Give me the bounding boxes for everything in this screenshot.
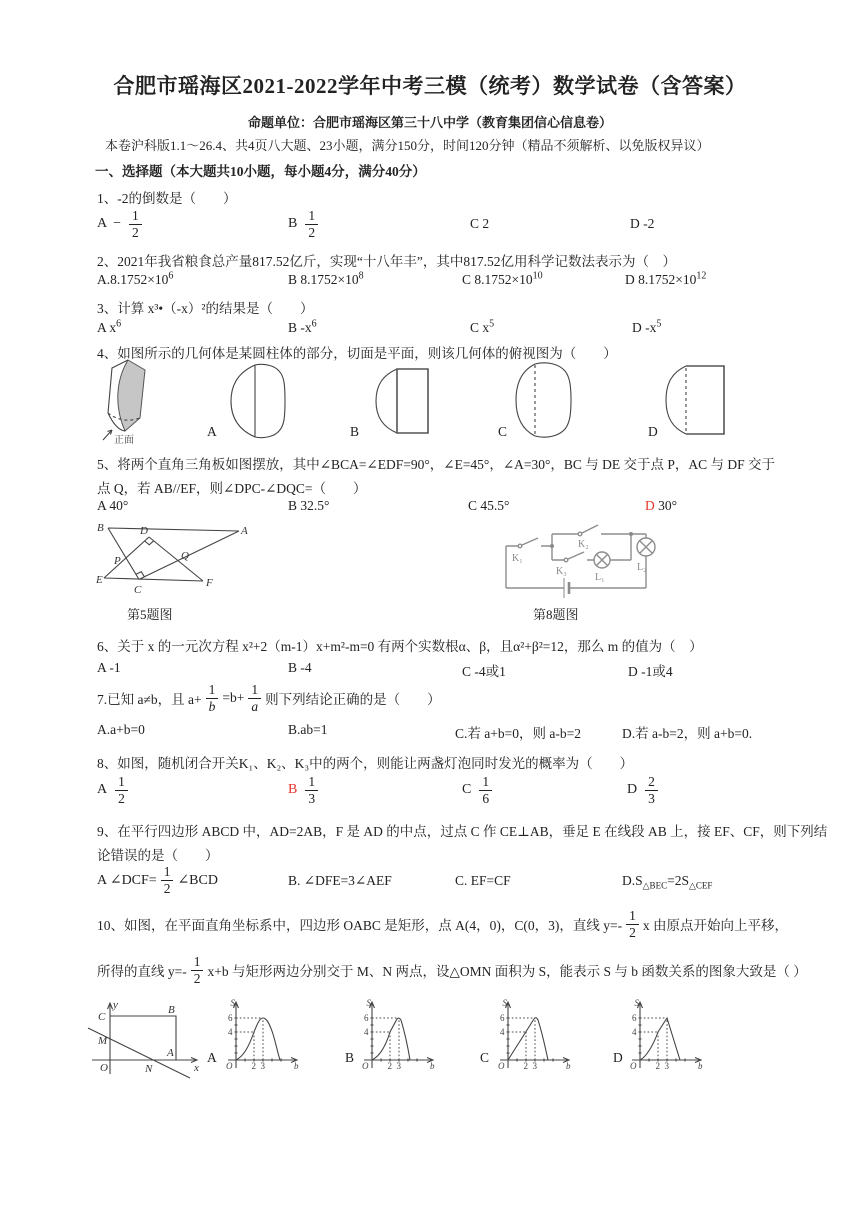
label-l1: L₁ [595, 572, 605, 583]
q10-coordinate-figure: y x O C B M A N [86, 998, 201, 1078]
curve [508, 1018, 548, 1060]
minus-sign: − [113, 216, 121, 232]
q4-view-a [227, 362, 287, 440]
q6-option-c: C -4或1 [462, 660, 506, 680]
q5-option-c: C 45.5° [468, 498, 509, 514]
q7-option-c: C.若 a+b=0，则 a-b=2 [455, 722, 581, 742]
q4-figure-label-b: B [350, 424, 359, 440]
q4-figure-label-a: A [207, 424, 217, 440]
q6-option-d: D -1或4 [628, 660, 673, 680]
q8-option-d: D 23 [627, 768, 660, 812]
q9-stem-line1: 9、在平行四边形 ABCD 中，AD=2AB，F 是 AD 的中点，过点 C 作… [97, 820, 827, 840]
q6-stem: 6、关于 x 的一元次方程 x²+2（m-1）x+m²-m=0 有两个实数根α、… [97, 635, 703, 655]
q10-graph-label-c: C [480, 1050, 489, 1066]
q8-stem: 8、如图，随机闭合开关K₁、K₂、K₃中的两个，则能让两盏灯泡同时发光的概率为（… [97, 752, 633, 772]
fraction: 12 [191, 954, 204, 985]
svg-text:O: O [226, 1061, 233, 1071]
label-k1: K₁ [512, 553, 523, 564]
q10-graph-label-d: D [613, 1050, 623, 1066]
q8-option-c: C 16 [462, 768, 494, 812]
svg-text:b: b [294, 1061, 299, 1071]
fraction: 16 [479, 774, 492, 805]
svg-text:O: O [498, 1061, 505, 1071]
label-k3: K₃ [556, 566, 567, 577]
point-label-Q: Q [181, 550, 189, 562]
svg-text:S: S [503, 998, 508, 1008]
q10-graph-a: S b O 6 4 2 3 [224, 998, 300, 1074]
q4-solid-figure: 正面 [98, 358, 150, 446]
q8-option-b: B 13 [288, 768, 320, 812]
svg-text:4: 4 [364, 1027, 369, 1037]
svg-text:3: 3 [533, 1061, 538, 1071]
axes [500, 1002, 569, 1068]
svg-text:6: 6 [500, 1013, 505, 1023]
guides [372, 1018, 399, 1060]
q9-option-c: C. EF=CF [455, 873, 511, 889]
fraction: 12 [115, 774, 128, 805]
label-N: N [144, 1063, 153, 1075]
q2-option-a: A.8.1752×106 [97, 272, 173, 288]
section-heading: 一、选择题（本大题共10小题，每小题4分，满分40分） [95, 160, 426, 180]
svg-text:b: b [566, 1061, 571, 1071]
q4-figure-label-c: C [498, 424, 507, 440]
q5-option-b: B 32.5° [288, 498, 329, 514]
switch-k3-lever [568, 552, 584, 559]
option-label: C [462, 782, 471, 798]
q4-figure-label-d: D [648, 424, 658, 440]
point-label-B: B [97, 522, 104, 534]
point-label-P: P [113, 555, 121, 567]
q3-stem: 3、计算 x³•（-x）²的结果是（ ） [97, 297, 313, 317]
q10-graph-label-b: B [345, 1050, 354, 1066]
svg-text:S: S [367, 998, 372, 1008]
svg-text:O: O [630, 1061, 637, 1071]
q4-view-c [513, 361, 573, 439]
label-M: M [97, 1035, 108, 1047]
point-label-E: E [95, 574, 103, 586]
point-label-F: F [205, 577, 213, 589]
svg-text:2: 2 [656, 1061, 661, 1071]
svg-text:2: 2 [524, 1061, 529, 1071]
svg-text:S: S [231, 998, 236, 1008]
q5-triangle-figure: B A D P Q E C F [96, 519, 248, 599]
label-origin: O [100, 1062, 108, 1074]
svg-text:S: S [635, 998, 640, 1008]
svg-text:2: 2 [388, 1061, 393, 1071]
fraction: 12 [626, 908, 639, 939]
label-B: B [168, 1004, 175, 1016]
q4-view-d [662, 363, 728, 437]
option-label: B [288, 216, 297, 232]
curve [372, 1018, 410, 1060]
q4-view-b [373, 366, 431, 436]
answer-letter-highlight: B [288, 782, 297, 798]
q8-circuit-figure: K₁ K₂ K₃ L₁ L₂ [498, 514, 666, 602]
front-label: 正面 [114, 434, 134, 446]
q6-option-b: B -4 [288, 660, 312, 676]
q1-option-c: C 2 [470, 216, 489, 232]
label-A: A [166, 1047, 174, 1059]
q10-graph-d: S b O 6 4 2 3 [628, 998, 704, 1074]
answer-letter-highlight: D [645, 498, 655, 513]
switch-k1-lever [522, 538, 538, 545]
option-label: D [627, 782, 637, 798]
q5-stem-line1: 5、将两个直角三角板如图摆放，其中∠BCA=∠EDF=90°，∠E=45°，∠A… [97, 453, 775, 473]
svg-text:3: 3 [397, 1061, 402, 1071]
svg-text:6: 6 [364, 1013, 369, 1023]
q5-option-d: D 30° [645, 498, 677, 514]
label-y-axis: y [112, 999, 118, 1011]
switch-k2-terminal [578, 532, 582, 536]
svg-text:4: 4 [632, 1027, 637, 1037]
q10-graph-b: S b O 6 4 2 3 [360, 998, 436, 1074]
switch-k2-lever [582, 525, 598, 533]
exam-unit-line: 命题单位：合肥市瑶海区第三十八中学（教育集团信心信息卷） [0, 112, 860, 131]
q6-option-a: A -1 [97, 660, 121, 676]
point-label-D: D [139, 525, 148, 537]
guides [236, 1018, 263, 1060]
fraction: 13 [305, 774, 318, 805]
option-label: A [97, 782, 107, 798]
q10-graph-c: S b O 6 4 2 3 [496, 998, 572, 1074]
exam-info-line: 本卷沪科版1.1～26.4、共4页八大题、23小题，满分150分，时间120分钟… [105, 135, 710, 154]
ticks [507, 1018, 554, 1062]
q2-stem: 2、2021年我省粮食总产量817.52亿斤，实现“十八年丰”，其中817.52… [97, 250, 676, 270]
q8-option-a: A 12 [97, 768, 130, 812]
svg-text:4: 4 [228, 1027, 233, 1037]
label-l2: L₂ [637, 562, 647, 573]
q10-graph-label-a: A [207, 1050, 217, 1066]
svg-text:6: 6 [632, 1013, 637, 1023]
label-x-axis: x [193, 1062, 199, 1074]
q1-option-a: A − 12 [97, 202, 144, 246]
q9-option-b: B. ∠DFE=3∠AEF [288, 873, 392, 889]
point-label-C: C [134, 584, 142, 596]
q5-figure-caption: 第5题图 [127, 604, 173, 623]
svg-text:3: 3 [665, 1061, 670, 1071]
q3-option-b: B -x6 [288, 320, 317, 336]
junction-dot [550, 544, 554, 548]
svg-text:O: O [362, 1061, 369, 1071]
q7-option-b: B.ab=1 [288, 722, 328, 738]
q7-option-d: D.若 a-b=2，则 a+b=0. [622, 722, 752, 742]
fraction: 12 [305, 208, 318, 239]
front-arrow [103, 430, 112, 440]
svg-text:b: b [698, 1061, 703, 1071]
q2-option-c: C 8.1752×1010 [462, 272, 543, 288]
q1-option-b: B 12 [288, 202, 320, 246]
svg-text:3: 3 [261, 1061, 266, 1071]
q8-figure-caption: 第8题图 [533, 604, 579, 623]
q5-option-a: A 40° [97, 498, 128, 514]
svg-text:b: b [430, 1061, 435, 1071]
q1-option-d: D -2 [630, 216, 654, 232]
q9-option-a: A ∠DCF= 12 ∠BCD [97, 858, 218, 902]
q10-stem-line2: 所得的直线 y=- 12 x+b 与矩形两边分别交于 M、N 两点，设△OMN … [97, 947, 807, 993]
q10-stem-line1: 10、如图，在平面直角坐标系中，四边形 OABC 是矩形，点 A(4，0)，C(… [97, 901, 788, 947]
curve [236, 1018, 280, 1060]
svg-text:2: 2 [252, 1061, 257, 1071]
option-label: A [97, 216, 107, 232]
q2-option-d: D 8.1752×1012 [625, 272, 706, 288]
fraction: 1b [206, 682, 219, 713]
curve [640, 1018, 680, 1060]
fraction: 12 [161, 864, 174, 895]
fraction: 12 [129, 208, 142, 239]
q3-option-d: D -x5 [632, 320, 661, 336]
svg-text:4: 4 [500, 1027, 505, 1037]
q5-stem-line2: 点 Q，若 AB//EF，则∠DPC-∠DQC=（ ） [97, 477, 367, 497]
triangle-lines [104, 528, 239, 581]
q7-stem: 7.已知 a≠b，且 a+ 1b =b+ 1a 则下列结论正确的是（ ） [97, 678, 441, 718]
q9-option-d: D.S△BEC=2S△CEF [622, 873, 712, 889]
q4-stem: 4、如图所示的几何体是某圆柱体的部分，切面是平面，则该几何体的俯视图为（ ） [97, 342, 617, 362]
junction-dot [629, 532, 633, 536]
q7-option-a: A.a+b=0 [97, 722, 145, 738]
fraction: 1a [248, 682, 261, 713]
fraction: 23 [645, 774, 658, 805]
page-title: 合肥市瑶海区2021-2022学年中考三模（统考）数学试卷（含答案） [0, 70, 860, 100]
q3-option-c: C x5 [470, 320, 494, 336]
point-label-A: A [240, 525, 248, 537]
q3-option-a: A x6 [97, 320, 121, 336]
switch-k1-terminal [518, 544, 522, 548]
label-k2: K₂ [578, 539, 589, 550]
q2-option-b: B 8.1752×108 [288, 272, 364, 288]
svg-text:6: 6 [228, 1013, 233, 1023]
switch-k3-terminal [564, 558, 568, 562]
label-C: C [98, 1011, 106, 1023]
